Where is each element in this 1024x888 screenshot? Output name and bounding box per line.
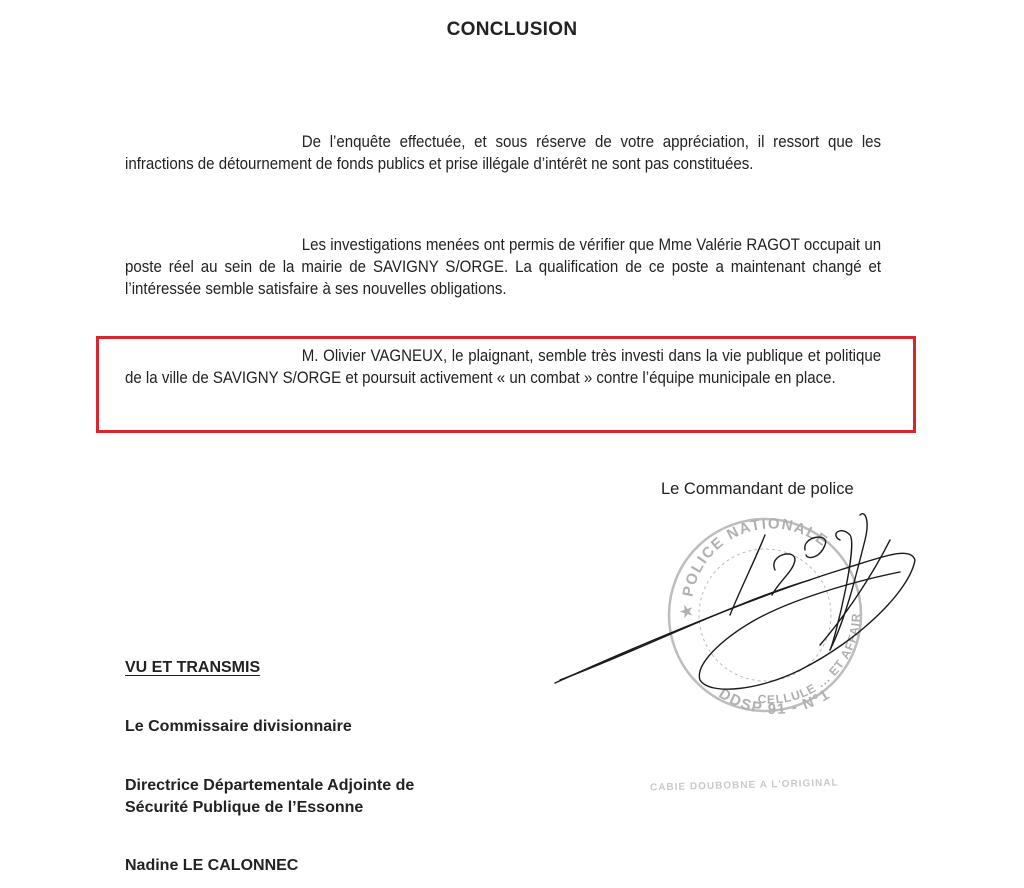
paragraph-investigations: Les investigations menées ont permis de …	[125, 234, 881, 300]
endorsement-heading: VU ET TRANSMIS	[125, 657, 260, 679]
paragraph-findings: De l’enquête effectuée, et sous réserve …	[125, 131, 881, 175]
endorsement-office-line1: Directrice Départementale Adjointe de	[125, 775, 414, 797]
document-title: CONCLUSION	[0, 19, 1024, 41]
endorsement-name: Nadine LE CALONNEC	[125, 855, 298, 877]
endorsement-office: Directrice Départementale Adjointe de Sé…	[125, 775, 414, 819]
faded-copy-stamp: CABIE DOUBOBNE A L'ORIGINAL	[650, 778, 839, 794]
endorsement-office-line2: Sécurité Publique de l’Essonne	[125, 797, 414, 819]
paragraph-complainant-text: M. Olivier VAGNEUX, le plaignant, semble…	[125, 347, 881, 387]
paragraph-findings-text: De l’enquête effectuée, et sous réserve …	[125, 133, 881, 173]
paragraph-investigations-text: Les investigations menées ont permis de …	[125, 236, 881, 298]
svg-text:★ POLICE NATIONALE: ★ POLICE NATIONALE	[678, 515, 831, 618]
signer-title: Le Commandant de police	[661, 480, 854, 499]
official-stamp-and-signature: ★ POLICE NATIONALE CELLULE ... ET AFFAIR…	[540, 500, 920, 720]
paragraph-complainant: M. Olivier VAGNEUX, le plaignant, semble…	[125, 345, 881, 389]
endorsement-role: Le Commissaire divisionnaire	[125, 716, 352, 738]
